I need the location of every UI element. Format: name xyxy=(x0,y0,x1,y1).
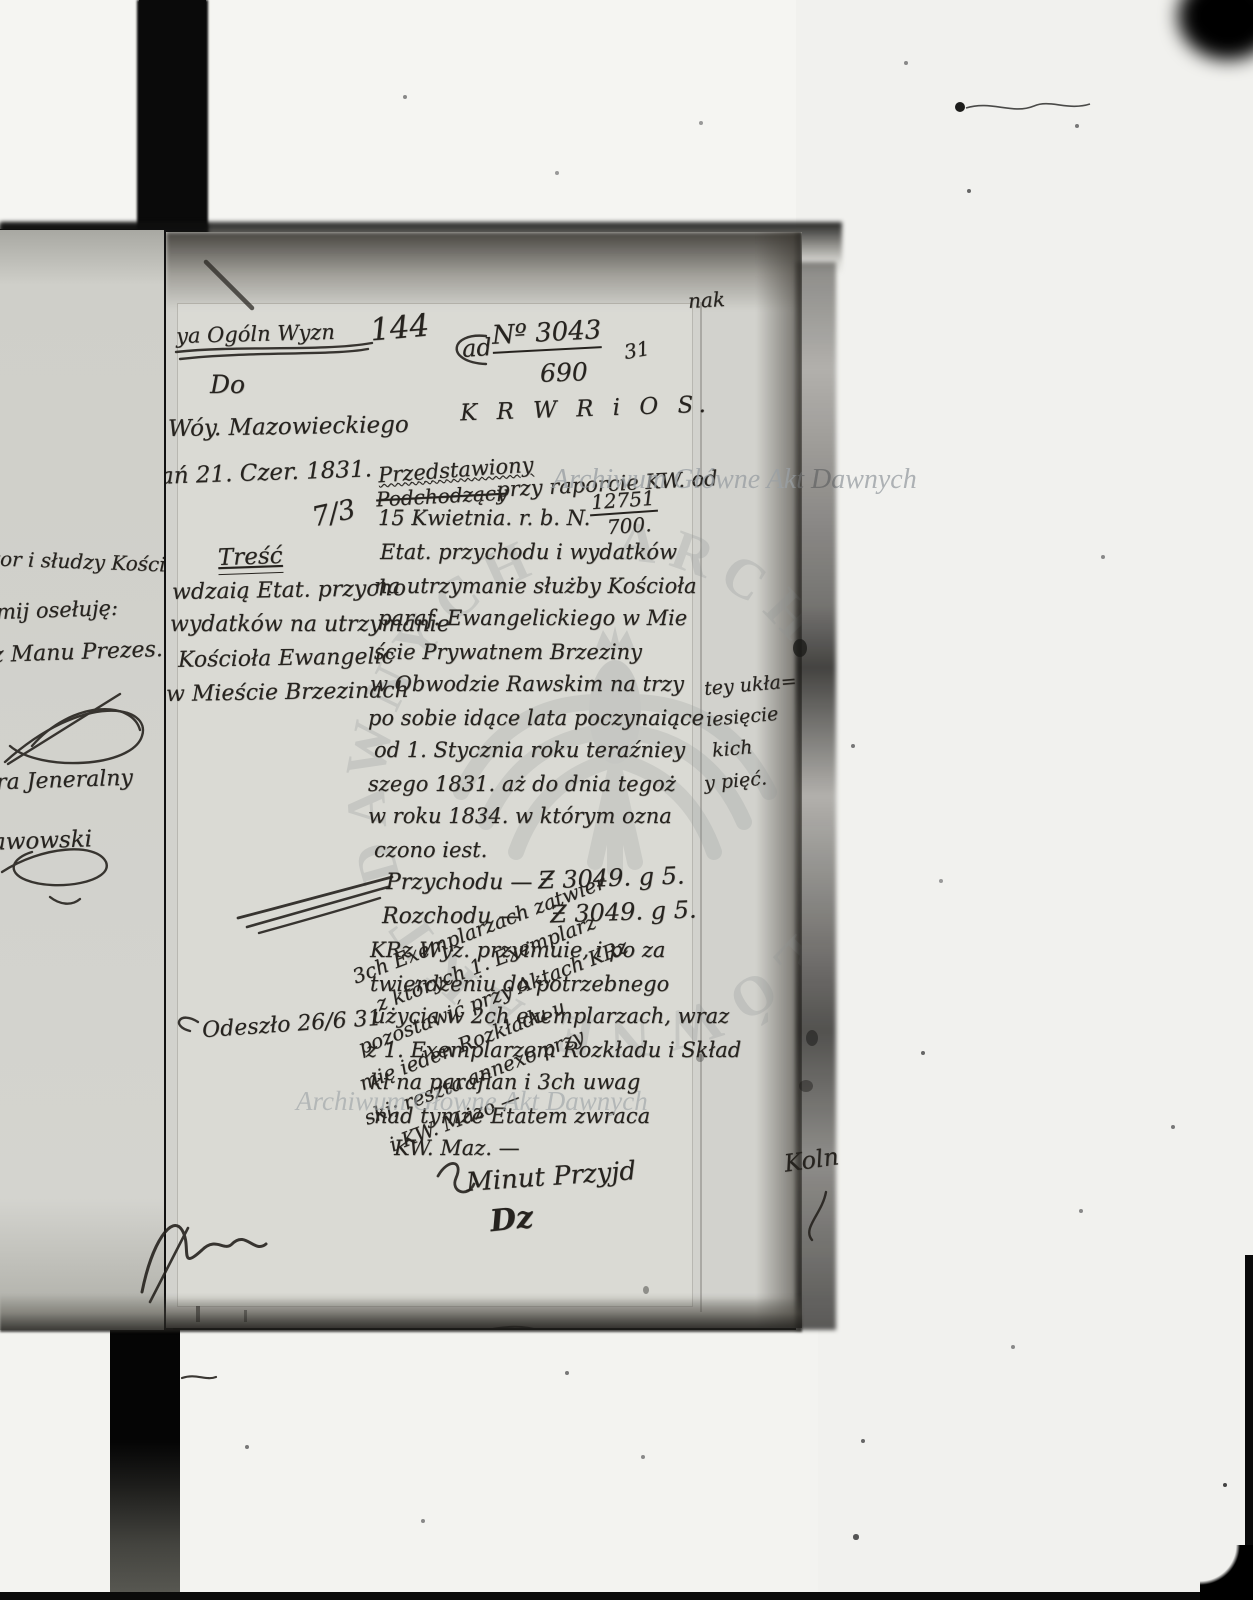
body-line: 15 Kwietnia. r. b. N. xyxy=(378,506,590,530)
margin-fragment: kich xyxy=(711,736,753,761)
dust-speckles xyxy=(0,0,2,2)
dept-line: ya Ogóln Wyzn xyxy=(176,320,335,348)
body-line: w roku 1834. w którym ozna xyxy=(368,804,672,828)
microfilm-scan: tor i słudzy Kościeln mij osełuję: z Man… xyxy=(0,0,1253,1600)
summary-heading: Treść xyxy=(217,543,283,575)
left-page-fragment: tor i słudzy Kościeln mij osełuję: z Man… xyxy=(0,230,166,1330)
manuscript-page: ARCHIWUM GŁÓWNE AKT DAWNYCH ya Ogóln Wyz… xyxy=(166,232,802,1328)
page-bottom-shadow xyxy=(0,1294,802,1332)
handwritten-line: awowski xyxy=(0,826,92,855)
film-frame-topleft xyxy=(0,0,139,229)
archive-watermark-text: Archiwum Główne Akt Dawnych xyxy=(296,1086,648,1117)
summary-line: wdzaią Etat. przycho xyxy=(172,576,406,605)
vertical-crease xyxy=(700,302,702,1312)
ref-suffix: 31 xyxy=(622,336,651,364)
amount-label: Przychodu — xyxy=(386,870,532,895)
page-number: 144 xyxy=(369,307,431,348)
body-line: od 1. Stycznia roku teraźniey xyxy=(374,738,685,762)
body-line: ście Prywatnem Brzeziny xyxy=(374,640,642,664)
body-line: szego 1831. aż do dnia tegoż xyxy=(368,772,676,796)
ref-prefix: ad xyxy=(461,333,493,363)
ref-denominator: 690 xyxy=(540,357,589,388)
address-to: Do xyxy=(210,370,245,399)
film-border-bottom xyxy=(0,1592,1253,1600)
film-frame-bottom xyxy=(178,1330,818,1593)
handwritten-line: tor i słudzy Kościeln xyxy=(0,546,166,577)
monogram: Dz xyxy=(488,1200,534,1239)
body-line: paraf. Ewangelickiego w Mie xyxy=(378,606,687,630)
body-line: na utrzymanie służby Kościoła xyxy=(374,574,697,598)
film-frame-right xyxy=(796,0,1253,1600)
address-recipient: Wóy. Mazowieckiego xyxy=(168,412,409,442)
archive-watermark-text: Archiwum Główne Akt Dawnych xyxy=(552,464,917,496)
body-line: po sobie idące lata poczynaiące xyxy=(368,706,704,730)
summary-line: Kościoła Ewangelic xyxy=(178,644,394,673)
body-line: czono iest. xyxy=(374,838,487,862)
handwritten-line: z Manu Prezes. xyxy=(0,637,163,668)
handwritten-line: mij osełuję: xyxy=(0,596,118,624)
handwritten-line: ra Jeneralny xyxy=(0,766,133,796)
film-corner-bottomright xyxy=(1200,1545,1253,1600)
fraction-denominator: 700. xyxy=(606,512,659,538)
top-note: nak xyxy=(687,287,725,313)
body-line: w Obwodzie Rawskim na trzy xyxy=(370,672,684,696)
body-line: Etat. przychodu i wydatków xyxy=(380,540,677,564)
ref-number: Nº 3043 xyxy=(491,315,602,354)
film-gap-bottom xyxy=(110,1328,180,1600)
film-frame-bottomleft xyxy=(0,1330,112,1593)
